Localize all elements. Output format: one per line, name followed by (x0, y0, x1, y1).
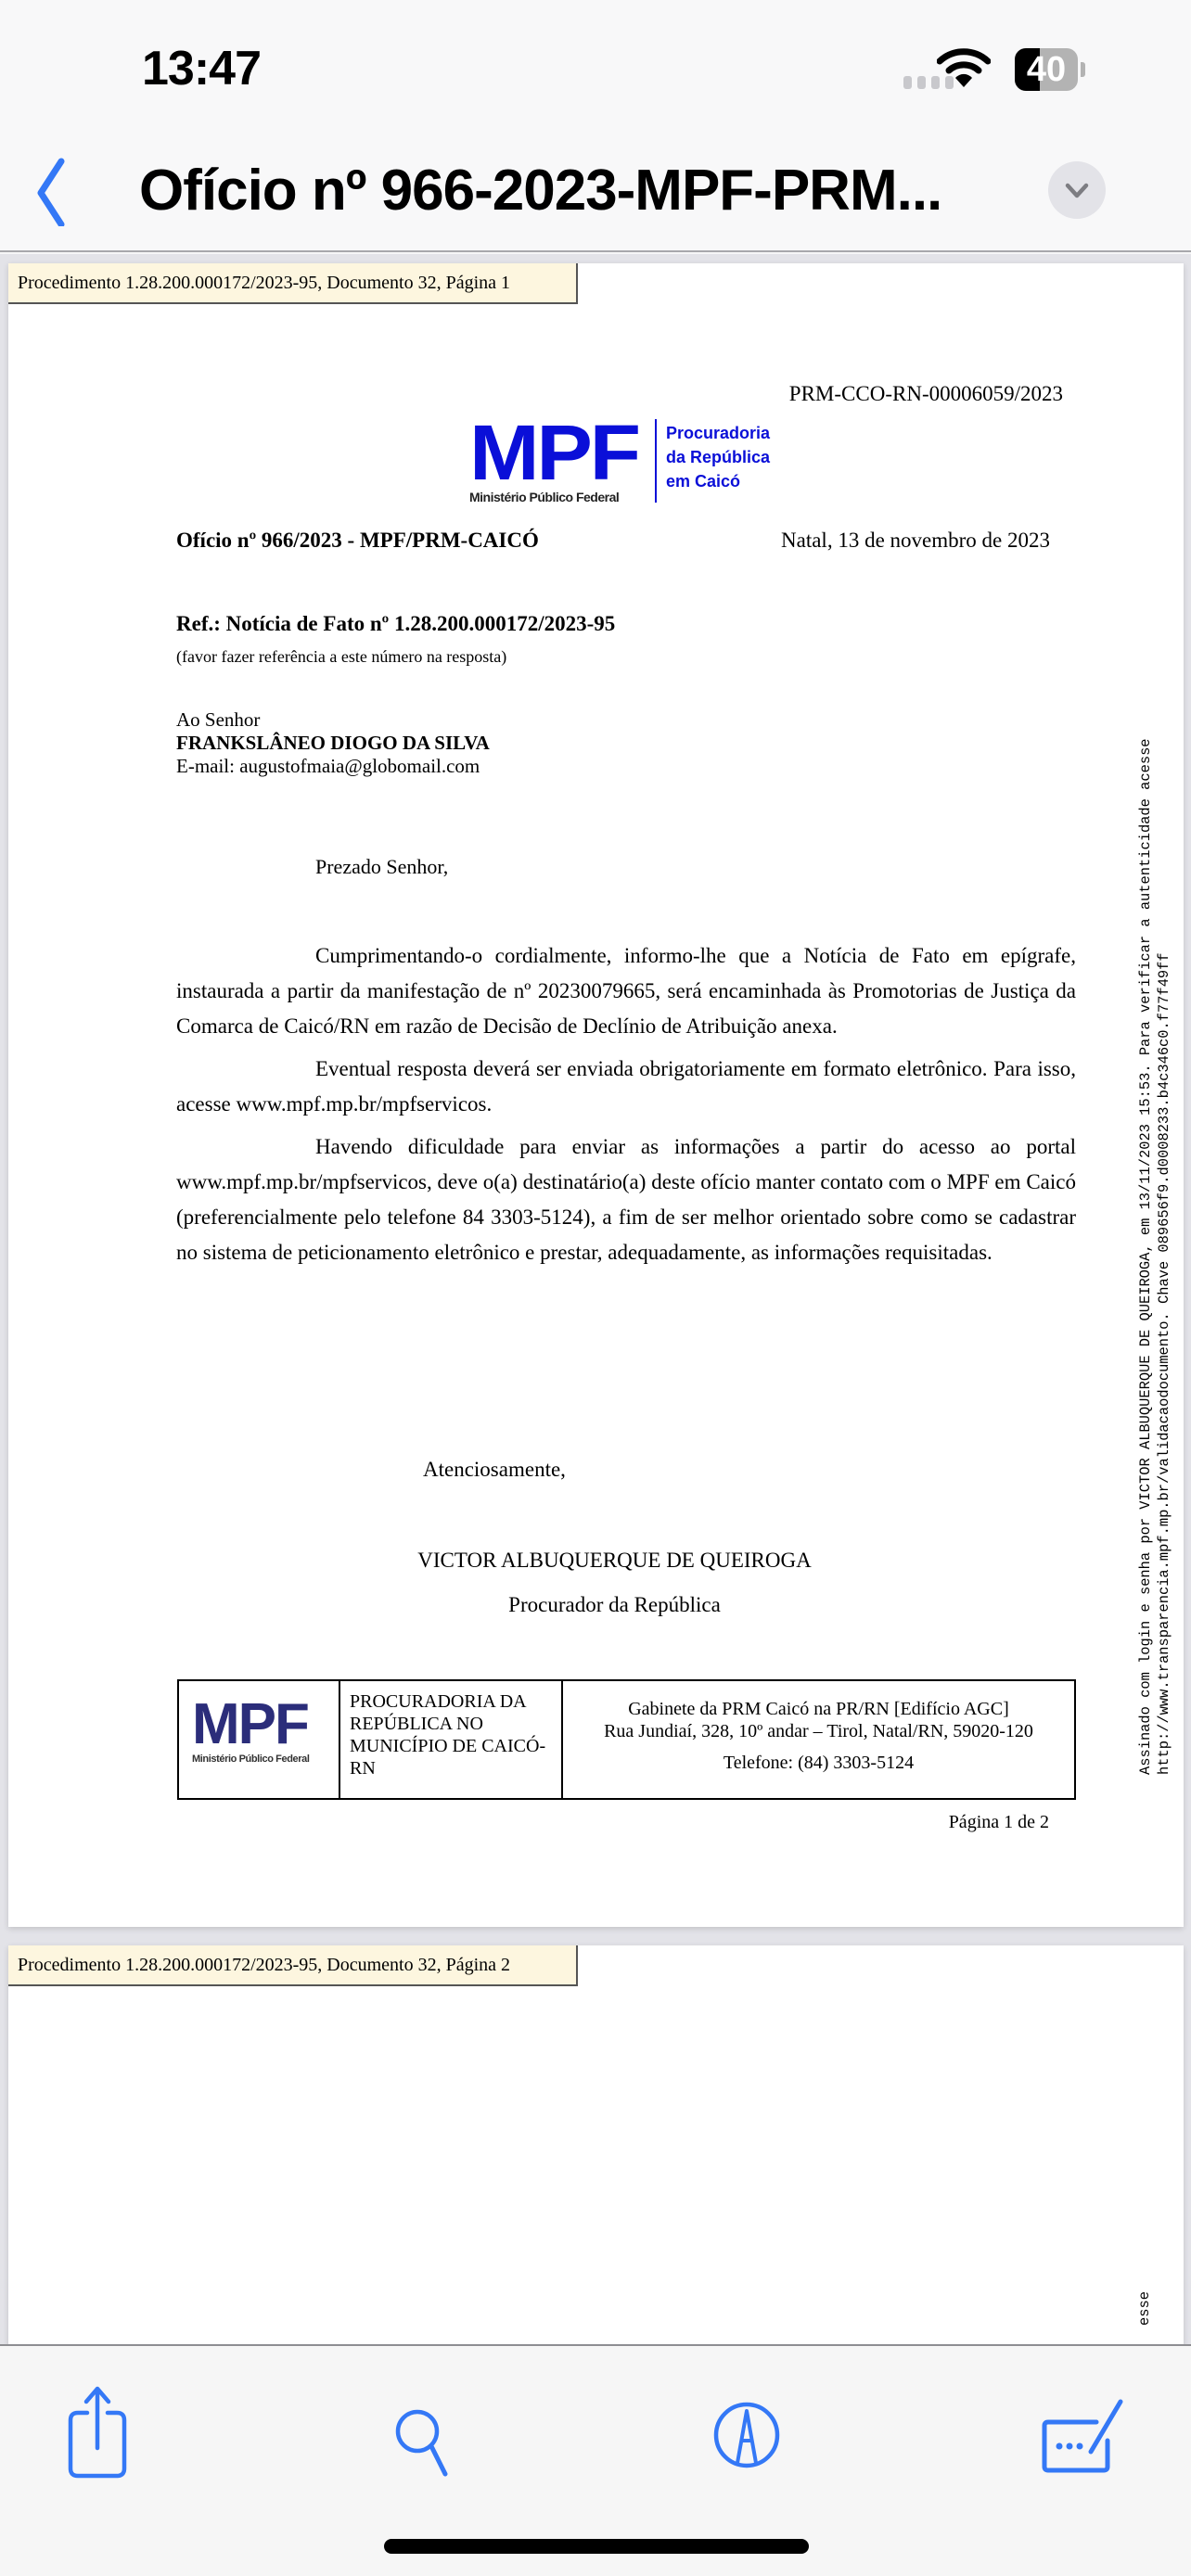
fill-and-sign-icon (1039, 2383, 1132, 2485)
reference: Ref.: Notícia de Fato nº 1.28.200.000172… (176, 612, 615, 636)
signer-name: VICTOR ALBUQUERQUE DE QUEIROGA (45, 1549, 1184, 1573)
title-menu-button[interactable] (1048, 161, 1106, 219)
logo-mark: MPF (469, 414, 638, 491)
status-bar: 13:47 40 (0, 0, 1191, 130)
procedure-stamp-page-2: Procedimento 1.28.200.000172/2023-95, Do… (8, 1945, 578, 1986)
logo-subtitle: Ministério Público Federal (469, 490, 619, 504)
battery-percent: 40 (1015, 50, 1078, 90)
battery-icon: 40 (1015, 48, 1078, 91)
closing: Atenciosamente, (423, 1458, 566, 1482)
footer-organization: PROCURADORIA DA REPÚBLICA NO MUNICÍPIO D… (340, 1681, 563, 1798)
addressee-block: Ao Senhor FRANKSLÂNEO DIOGO DA SILVA E-m… (176, 708, 490, 778)
signer-role: Procurador da República (45, 1593, 1184, 1617)
search-button[interactable] (380, 2383, 464, 2467)
document-title[interactable]: Ofício nº 966-2023-MPF-PRM... (139, 158, 941, 223)
footer-mpf-logo: MPF Ministério Público Federal (179, 1681, 340, 1798)
document-date: Natal, 13 de novembro de 2023 (781, 529, 1050, 553)
addressee-salutation: Ao Senhor (176, 708, 490, 732)
footer-address-line-1: Gabinete da PRM Caicó na PR/RN [Edifício… (563, 1698, 1074, 1720)
home-indicator[interactable] (384, 2539, 809, 2554)
footer-address-line-2: Rua Jundiaí, 328, 10º andar – Tirol, Nat… (563, 1720, 1074, 1742)
pdf-viewer[interactable]: Procedimento 1.28.200.000172/2023-95, Do… (0, 254, 1191, 2344)
oficio-number: Ofício nº 966/2023 - MPF/PRM-CAICÓ (176, 529, 539, 553)
nav-bar: Ofício nº 966-2023-MPF-PRM... (0, 130, 1191, 252)
search-icon (380, 2383, 464, 2485)
signature-line-2: http://www.transparencia.mpf.mp.br/valid… (1155, 569, 1173, 1775)
logo-line-3: em Caicó (666, 469, 770, 493)
status-time: 13:47 (142, 41, 261, 96)
signature-line-1: Assinado com login e senha por VICTOR AL… (1136, 569, 1155, 1775)
mpf-logo: MPF Ministério Público Federal Procurado… (469, 414, 775, 506)
share-icon (56, 2383, 139, 2485)
pdf-page-1: Procedimento 1.28.200.000172/2023-95, Do… (8, 263, 1184, 1927)
letter-body: Cumprimentando-o cordialmente, informo-l… (176, 938, 1076, 1278)
greeting: Prezado Senhor, (315, 855, 448, 879)
addressee-name: FRANKSLÂNEO DIOGO DA SILVA (176, 732, 490, 755)
logo-office: Procuradoria da República em Caicó (666, 421, 770, 493)
paragraph-3: Havendo dificuldade para enviar as infor… (176, 1129, 1076, 1270)
markup-icon (705, 2383, 788, 2485)
addressee-email: E-mail: augustofmaia@globomail.com (176, 755, 490, 778)
pdf-page-2: Procedimento 1.28.200.000172/2023-95, Do… (8, 1945, 1184, 2344)
logo-line-2: da República (666, 445, 770, 469)
footer-logo-subtitle: Ministério Público Federal (192, 1753, 310, 1765)
wifi-icon (937, 46, 991, 89)
footer-address: Gabinete da PRM Caicó na PR/RN [Edifício… (563, 1681, 1074, 1798)
logo-line-1: Procuradoria (666, 421, 770, 445)
back-button[interactable] (28, 152, 83, 226)
procedure-stamp: Procedimento 1.28.200.000172/2023-95, Do… (8, 263, 578, 304)
logo-divider (655, 419, 657, 503)
footer-phone: Telefone: (84) 3303-5124 (563, 1752, 1074, 1774)
page-number: Página 1 de 2 (949, 1812, 1049, 1833)
chevron-down-icon (1048, 161, 1106, 219)
fill-and-sign-button[interactable] (1039, 2383, 1122, 2467)
digital-signature-fragment: esse (1136, 2291, 1153, 2326)
battery-nub (1081, 62, 1085, 77)
footer-logo-mark: MPF (192, 1696, 308, 1753)
markup-button[interactable] (705, 2383, 788, 2467)
chevron-left-icon (28, 152, 83, 226)
share-button[interactable] (56, 2383, 139, 2467)
reference-note: (favor fazer referência a este número na… (176, 647, 506, 667)
document-number: PRM-CCO-RN-00006059/2023 (789, 382, 1063, 406)
paragraph-1: Cumprimentando-o cordialmente, informo-l… (176, 938, 1076, 1044)
digital-signature-note: Assinado com login e senha por VICTOR AL… (1136, 569, 1173, 1775)
paragraph-2: Eventual resposta deverá ser enviada obr… (176, 1052, 1076, 1122)
letterhead-footer: MPF Ministério Público Federal PROCURADO… (177, 1679, 1076, 1800)
